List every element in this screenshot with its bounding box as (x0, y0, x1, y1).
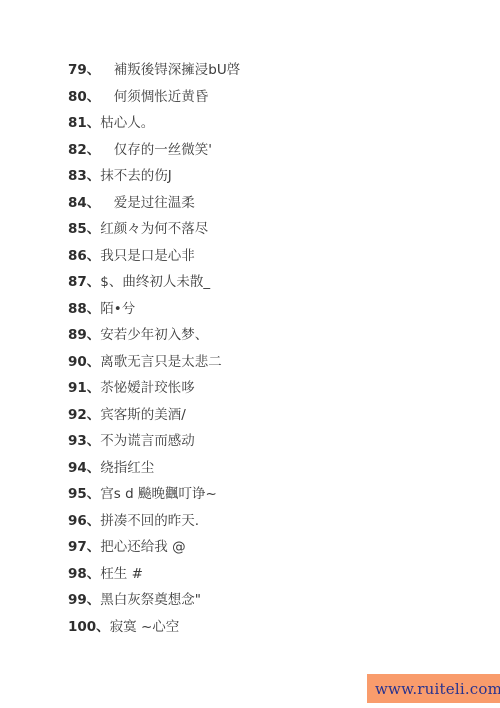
list-item: 82、 仅存的一丝微笑' (68, 137, 480, 164)
item-number: 92、 (68, 402, 100, 429)
page-root: 79、 補叛後锝深擁浸bU啓 80、 何须惆怅近黄昏 81、枯心人。 82、 仅… (0, 0, 500, 708)
item-number: 82、 (68, 137, 100, 164)
item-text: $、曲终初人未散_ (100, 269, 210, 296)
item-text: 把心还给我 @ (100, 534, 185, 561)
item-text: 离歌无言只是太悲二 (100, 349, 222, 376)
item-number: 91、 (68, 375, 100, 402)
list-item: 92、宾客斯的美酒/ (68, 402, 480, 429)
list-item: 80、 何须惆怅近黄昏 (68, 84, 480, 111)
list-item: 95、宫s d 飈晚飌叮诤~ (68, 481, 480, 508)
item-text: 绕指红尘 (100, 455, 154, 482)
item-text: 宾客斯的美酒/ (100, 402, 186, 429)
list-item: 89、安若少年初入梦、 (68, 322, 480, 349)
item-number: 98、 (68, 561, 100, 588)
list-item: 86、我只是口是心非 (68, 243, 480, 270)
list-item: 84、 爱是过往温柔 (68, 190, 480, 217)
item-number: 96、 (68, 508, 100, 535)
item-number: 88、 (68, 296, 100, 323)
list-item: 87、$、曲终初人未散_ (68, 269, 480, 296)
list-item: 85、红颜々为何不落尽 (68, 216, 480, 243)
nickname-list: 79、 補叛後锝深擁浸bU啓 80、 何须惆怅近黄昏 81、枯心人。 82、 仅… (68, 57, 480, 640)
item-text: 爱是过往温柔 (100, 190, 195, 217)
item-number: 90、 (68, 349, 100, 376)
item-number: 84、 (68, 190, 100, 217)
list-item: 91、苶怭嫒計珓怅哆 (68, 375, 480, 402)
item-text: 寂寞 ~心空 (110, 614, 180, 641)
item-text: 宫s d 飈晚飌叮诤~ (100, 481, 217, 508)
item-number: 80、 (68, 84, 100, 111)
list-item: 98、枉生 # (68, 561, 480, 588)
item-number: 95、 (68, 481, 100, 508)
item-text: 不为谎言而感动 (100, 428, 195, 455)
item-number: 99、 (68, 587, 100, 614)
list-item: 93、不为谎言而感动 (68, 428, 480, 455)
item-text: 苶怭嫒計珓怅哆 (100, 375, 195, 402)
item-number: 83、 (68, 163, 100, 190)
item-number: 97、 (68, 534, 100, 561)
site-watermark: www.ruiteli.com (367, 674, 500, 703)
item-number: 86、 (68, 243, 100, 270)
item-text: 陌•兮 (100, 296, 135, 323)
list-item: 97、把心还给我 @ (68, 534, 480, 561)
site-url-link[interactable]: www.ruiteli.com (375, 680, 500, 698)
list-item: 79、 補叛後锝深擁浸bU啓 (68, 57, 480, 84)
item-text: 红颜々为何不落尽 (100, 216, 208, 243)
item-text: 安若少年初入梦、 (100, 322, 208, 349)
list-item: 81、枯心人。 (68, 110, 480, 137)
item-text: 拼凑不回的昨天. (100, 508, 199, 535)
list-item: 94、绕指红尘 (68, 455, 480, 482)
item-text: 枉生 # (100, 561, 143, 588)
item-number: 87、 (68, 269, 100, 296)
list-item: 100、寂寞 ~心空 (68, 614, 480, 641)
list-item: 90、离歌无言只是太悲二 (68, 349, 480, 376)
item-number: 85、 (68, 216, 100, 243)
item-text: 黑白灰祭奠想念" (100, 587, 201, 614)
list-item: 96、拼凑不回的昨天. (68, 508, 480, 535)
item-text: 抹不去的伤Ј (100, 163, 171, 190)
item-text: 何须惆怅近黄昏 (100, 84, 208, 111)
item-text: 仅存的一丝微笑' (100, 137, 212, 164)
item-text: 我只是口是心非 (100, 243, 195, 270)
item-number: 81、 (68, 110, 100, 137)
list-item: 83、抹不去的伤Ј (68, 163, 480, 190)
list-item: 99、黑白灰祭奠想念" (68, 587, 480, 614)
item-number: 94、 (68, 455, 100, 482)
item-number: 93、 (68, 428, 100, 455)
item-number: 100、 (68, 614, 110, 641)
list-item: 88、陌•兮 (68, 296, 480, 323)
item-number: 79、 (68, 57, 100, 84)
item-number: 89、 (68, 322, 100, 349)
item-text: 補叛後锝深擁浸bU啓 (100, 57, 240, 84)
item-text: 枯心人。 (100, 110, 154, 137)
